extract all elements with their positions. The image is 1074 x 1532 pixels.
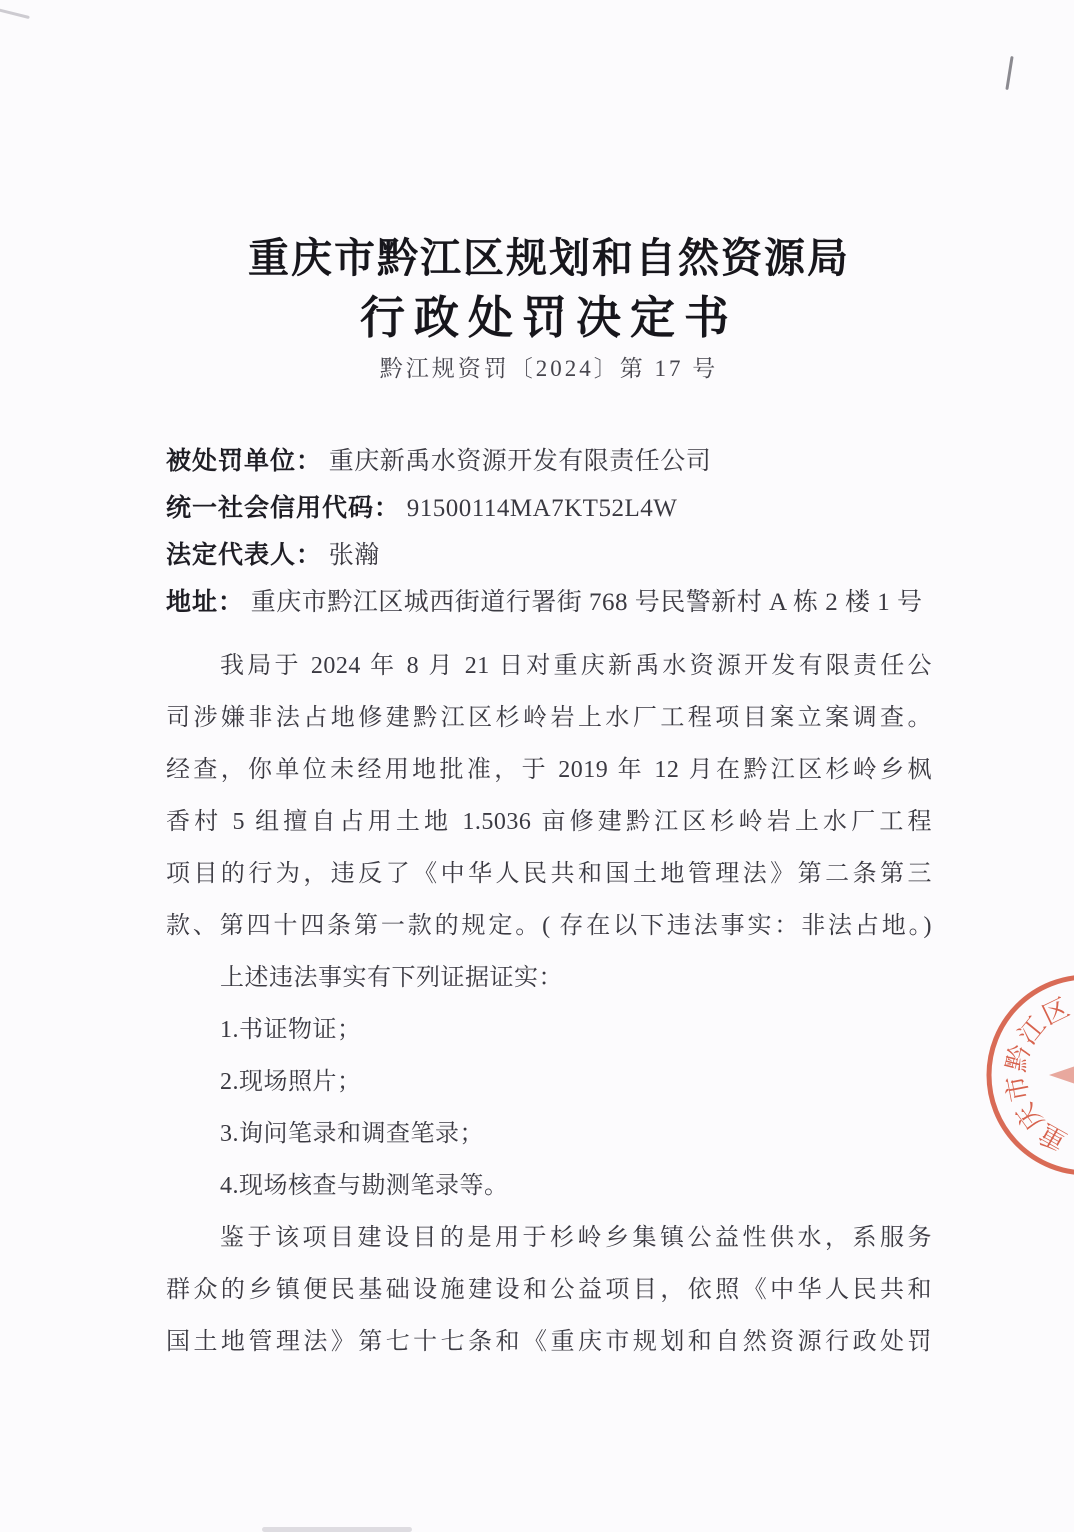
body-line: 司涉嫌非法占地修建黔江区杉岭岩上水厂工程项目案立案调查。 (166, 692, 932, 744)
party-info-label: 统一社会信用代码： (166, 494, 400, 522)
body-line: 4.现场核查与勘测笔录等。 (166, 1160, 932, 1212)
party-info-value: 重庆新禹水资源开发有限责任公司 (329, 448, 712, 475)
body-line: 鉴于该项目建设目的是用于杉岭乡集镇公益性供水，系服务 (166, 1212, 932, 1264)
document-number: 黔江规资罚〔2024〕第 17 号 (166, 354, 932, 384)
seal-text: 重庆市黔江区 (1001, 993, 1074, 1156)
party-info-value: 91500114MA7KT52L4W (407, 495, 678, 522)
document-content: 重庆市黔江区规划和自然资源局 行政处罚决定书 黔江规资罚〔2024〕第 17 号… (166, 232, 932, 1368)
official-seal: 重庆市黔江区 (977, 965, 1074, 1185)
body-line: 2.现场照片； (166, 1056, 932, 1108)
party-info-label: 被处罚单位： (166, 447, 322, 475)
party-info-value: 张瀚 (329, 542, 380, 569)
scan-artifact-bottom (262, 1527, 412, 1532)
scan-artifact-top-left (0, 8, 30, 19)
party-info-line: 统一社会信用代码： 91500114MA7KT52L4W (166, 485, 932, 532)
body-line: 群众的乡镇便民基础设施建设和公益项目，依照《中华人民共和 (166, 1264, 932, 1316)
scan-artifact-top-right (1005, 56, 1013, 90)
party-info-line: 法定代表人： 张瀚 (166, 532, 932, 579)
body-line: 经查，你单位未经用地批准，于 2019 年 12 月在黔江区杉岭乡枫 (166, 744, 932, 796)
body-line: 款、第四十四条第一款的规定。( 存在以下违法事实：非法占地。) (166, 900, 932, 952)
seal-border (989, 977, 1074, 1173)
document-title-type: 行政处罚决定书 (166, 290, 932, 346)
body-line: 3.询问笔录和调查笔录； (166, 1108, 932, 1160)
body-line: 项目的行为，违反了《中华人民共和国土地管理法》第二条第三 (166, 848, 932, 900)
body-line: 香村 5 组擅自占用土地 1.5036 亩修建黔江区杉岭岩上水厂工程 (166, 796, 932, 848)
document-body: 我局于 2024 年 8 月 21 日对重庆新禹水资源开发有限责任公 司涉嫌非法… (166, 640, 932, 1368)
party-info-line: 地址： 重庆市黔江区城西街道行署街 768 号民警新村 A 栋 2 楼 1 号 (166, 579, 932, 626)
body-line: 国土地管理法》第七十七条和《重庆市规划和自然资源行政处罚 (166, 1316, 932, 1368)
body-line: 我局于 2024 年 8 月 21 日对重庆新禹水资源开发有限责任公 (166, 640, 932, 692)
seal-star-icon (1049, 1039, 1074, 1111)
document-title-authority: 重庆市黔江区规划和自然资源局 (166, 232, 932, 284)
document-page: 重庆市黔江区规划和自然资源局 行政处罚决定书 黔江规资罚〔2024〕第 17 号… (0, 0, 1074, 1532)
party-info-line: 被处罚单位： 重庆新禹水资源开发有限责任公司 (166, 438, 932, 485)
party-info-label: 地址： (166, 588, 244, 616)
party-info-value: 重庆市黔江区城西街道行署街 768 号民警新村 A 栋 2 楼 1 号 (251, 589, 923, 616)
body-line: 上述违法事实有下列证据证实： (166, 952, 932, 1004)
party-info-label: 法定代表人： (166, 541, 322, 569)
body-line: 1.书证物证； (166, 1004, 932, 1056)
party-info-block: 被处罚单位： 重庆新禹水资源开发有限责任公司 统一社会信用代码： 9150011… (166, 438, 932, 626)
